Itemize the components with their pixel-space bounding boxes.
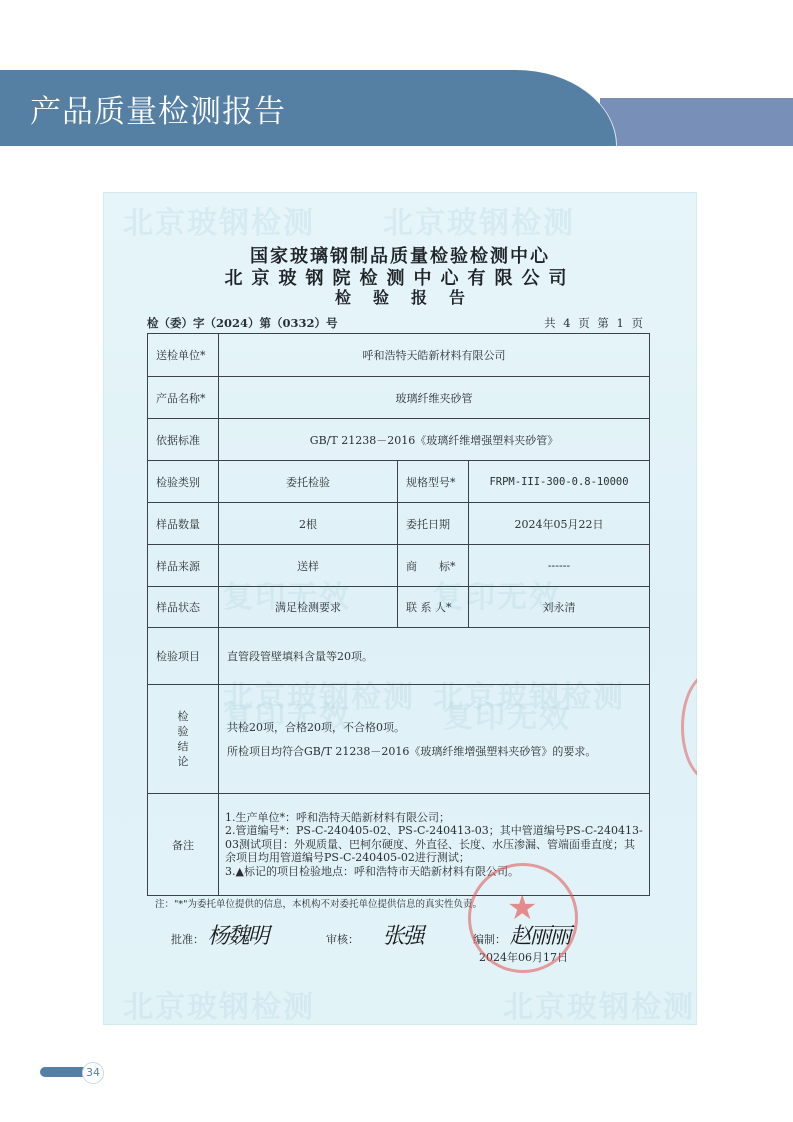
- page-count: 共 4 页 第 1 页: [544, 315, 645, 331]
- signature-handwriting: 张强: [383, 924, 423, 949]
- remark-line: 2.管道编号*：PS-C-240405-02、PS-C-240413-03；其中…: [225, 824, 643, 865]
- model-value: FRPM-III-300-0.8-10000: [469, 461, 650, 503]
- approve-label: 批准：: [171, 933, 204, 946]
- table-row: 样品数量 2根 委托日期 2024年05月22日: [148, 503, 650, 545]
- field-label: 联 系 人*: [398, 587, 469, 628]
- quantity-value: 2根: [219, 503, 398, 545]
- page-number: 34: [82, 1062, 104, 1084]
- field-label: 检验类别: [148, 461, 219, 503]
- items-value: 直管段管壁填料含量等20项。: [219, 628, 650, 685]
- remarks-value: 1.生产单位*：呼和浩特天皓新材料有限公司； 2.管道编号*：PS-C-2404…: [219, 794, 650, 896]
- table-row: 产品名称* 玻璃纤维夹砂管: [148, 377, 650, 419]
- field-label: 商 标*: [398, 545, 469, 587]
- field-label: 产品名称*: [148, 377, 219, 419]
- remark-line: 3.▲标记的项目检验地点：呼和浩特市天皓新材料有限公司。: [225, 865, 643, 879]
- field-label: 备注: [148, 794, 219, 896]
- entrust-date-value: 2024年05月22日: [469, 503, 650, 545]
- source-value: 送样: [219, 545, 398, 587]
- field-label: 样品状态: [148, 587, 219, 628]
- field-label: 规格型号*: [398, 461, 469, 503]
- table-row: 样品状态 满足检测要求 联 系 人* 刘永清: [148, 587, 650, 628]
- conclusion-label: 检 验 结 论: [148, 685, 219, 794]
- table-row: 依据标准 GB/T 21238－2016《玻璃纤维增强塑料夹砂管》: [148, 419, 650, 461]
- signature-handwriting: 杨魏明: [208, 924, 268, 949]
- conclusion-value: 共检20项，合格20项，不合格0项。 所检项目均符合GB/T 21238－201…: [219, 685, 650, 794]
- label-char: 论: [156, 754, 210, 769]
- trademark-value: ------: [469, 545, 650, 587]
- field-label: 委托日期: [398, 503, 469, 545]
- client-value: 呼和浩特天皓新材料有限公司: [219, 334, 650, 377]
- conclusion-summary: 共检20项，合格20项，不合格0项。: [227, 719, 641, 735]
- review-label: 审核：: [326, 933, 359, 946]
- table-row: 检验类别 委托检验 规格型号* FRPM-III-300-0.8-10000: [148, 461, 650, 503]
- page-number-badge: 34: [38, 1062, 108, 1084]
- page-bar: [40, 1067, 86, 1077]
- status-value: 满足检测要求: [219, 587, 398, 628]
- report-heading: 检验报告: [103, 285, 697, 308]
- inspection-report-scan: 北京玻钢检测 北京玻钢检测 复印无效 复印无效 北京玻钢检测 北京玻钢检测 复印…: [103, 192, 697, 1025]
- compile-signature: 编制： 赵丽丽: [473, 919, 570, 950]
- label-char: 验: [156, 724, 210, 739]
- report-number: 检（委）字（2024）第（0332）号: [147, 315, 338, 331]
- field-label: 样品数量: [148, 503, 219, 545]
- report-table: 送检单位* 呼和浩特天皓新材料有限公司 产品名称* 玻璃纤维夹砂管 依据标准 G…: [147, 333, 650, 896]
- table-row: 检验项目 直管段管壁填料含量等20项。: [148, 628, 650, 685]
- review-signature: 审核： 张强: [326, 919, 423, 950]
- field-label: 依据标准: [148, 419, 219, 461]
- watermark: 北京玻钢检测: [503, 982, 695, 1025]
- page-title: 产品质量检测报告: [30, 86, 286, 131]
- remark-line: 1.生产单位*：呼和浩特天皓新材料有限公司；: [225, 811, 643, 825]
- label-char: 结: [156, 739, 210, 754]
- table-row: 检 验 结 论 共检20项，合格20项，不合格0项。 所检项目均符合GB/T 2…: [148, 685, 650, 794]
- partial-seal-stamp: [681, 672, 697, 782]
- label-char: 检: [156, 709, 210, 724]
- disclaimer-note: 注："*"为委托单位提供的信息，本机构不对委托单位提供信息的真实性负责。: [155, 896, 482, 910]
- watermark: 北京玻钢检测: [123, 198, 315, 242]
- standard-value: GB/T 21238－2016《玻璃纤维增强塑料夹砂管》: [219, 419, 650, 461]
- signature-handwriting: 赵丽丽: [510, 924, 570, 949]
- header-banner: 产品质量检测报告: [0, 70, 793, 146]
- approve-signature: 批准： 杨魏明: [171, 919, 268, 950]
- field-label: 样品来源: [148, 545, 219, 587]
- compile-label: 编制：: [473, 933, 506, 946]
- table-row: 样品来源 送样 商 标* ------: [148, 545, 650, 587]
- field-label: 检验项目: [148, 628, 219, 685]
- watermark: 北京玻钢检测: [123, 982, 315, 1025]
- conclusion-compliance: 所检项目均符合GB/T 21238－2016《玻璃纤维增强塑料夹砂管》的要求。: [227, 743, 641, 759]
- field-label: 送检单位*: [148, 334, 219, 377]
- issue-date: 2024年06月17日: [479, 949, 568, 965]
- banner-accent: [600, 98, 793, 146]
- contact-value: 刘永清: [469, 587, 650, 628]
- watermark: 北京玻钢检测: [383, 198, 575, 242]
- product-value: 玻璃纤维夹砂管: [219, 377, 650, 419]
- table-row: 送检单位* 呼和浩特天皓新材料有限公司: [148, 334, 650, 377]
- inspection-type-value: 委托检验: [219, 461, 398, 503]
- table-row: 备注 1.生产单位*：呼和浩特天皓新材料有限公司； 2.管道编号*：PS-C-2…: [148, 794, 650, 896]
